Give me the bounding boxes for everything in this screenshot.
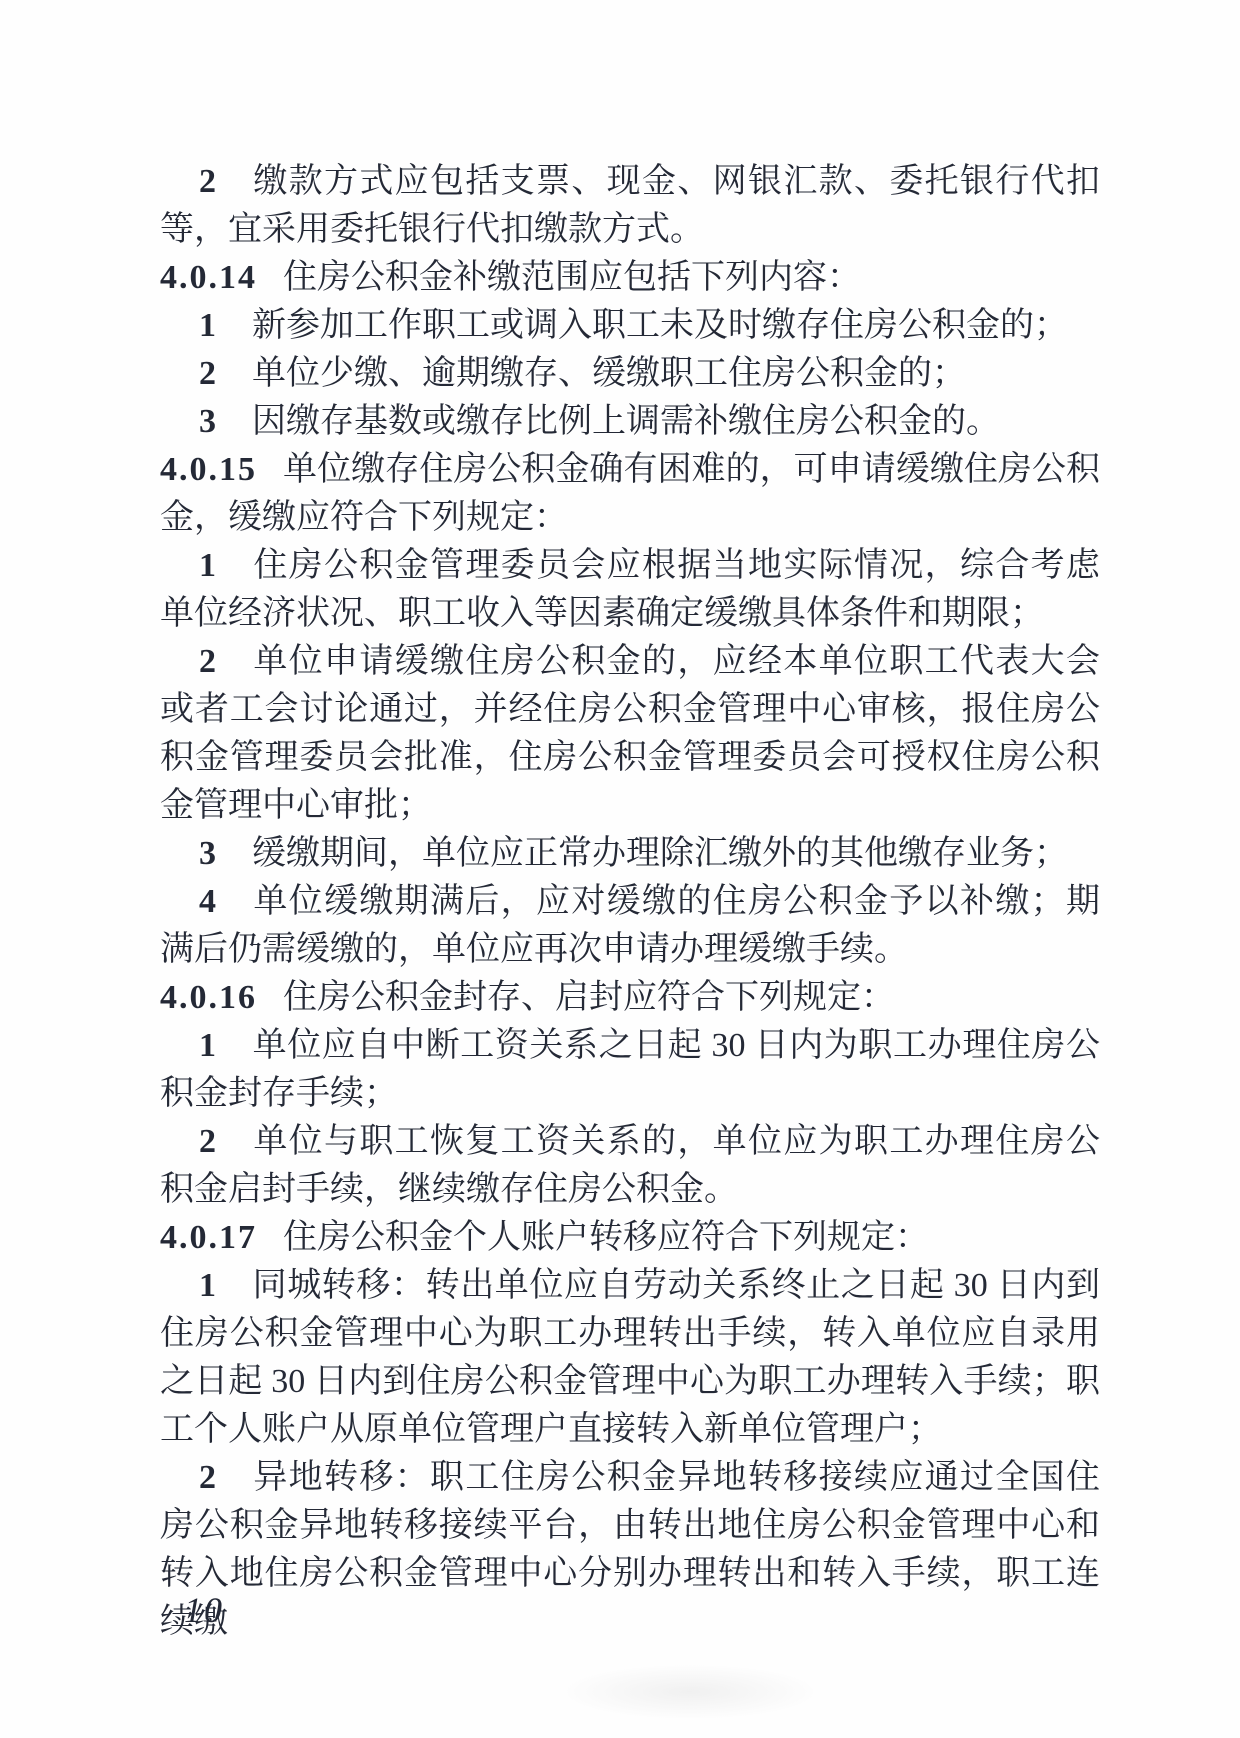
- item-number: 2: [199, 355, 216, 392]
- paragraph-text: 同城转移：转出单位应自劳动关系终止之日起 30 日内到住房公积金管理中心为职工办…: [160, 1267, 1100, 1448]
- paragraph-text: 住房公积金封存、启封应符合下列规定：: [283, 979, 895, 1016]
- clause-number: 4.0.14: [160, 259, 257, 296]
- item-number: 2: [199, 1123, 216, 1160]
- item-number: 3: [199, 835, 216, 872]
- item-number: 1: [199, 307, 216, 344]
- clause-number: 4.0.15: [160, 451, 257, 488]
- item-paragraph: 3因缴存基数或缴存比例上调需补缴住房公积金的。: [160, 398, 1100, 446]
- item-paragraph: 4单位缓缴期满后，应对缓缴的住房公积金予以补缴；期满后仍需缓缴的，单位应再次申请…: [160, 878, 1100, 974]
- item-paragraph: 1新参加工作职工或调入职工未及时缴存住房公积金的；: [160, 302, 1100, 350]
- page-body: 2缴款方式应包括支票、现金、网银汇款、委托银行代扣等，宜采用委托银行代扣缴款方式…: [160, 158, 1100, 1646]
- paragraph-text: 单位少缴、逾期缴存、缓缴职工住房公积金的；: [252, 355, 966, 392]
- paragraph-text: 因缴存基数或缴存比例上调需补缴住房公积金的。: [252, 403, 1000, 440]
- item-paragraph: 3缓缴期间，单位应正常办理除汇缴外的其他缴存业务；: [160, 830, 1100, 878]
- paragraph-text: 单位缓缴期满后，应对缓缴的住房公积金予以补缴；期满后仍需缓缴的，单位应再次申请办…: [160, 883, 1100, 968]
- item-number: 2: [199, 643, 216, 680]
- item-paragraph: 2单位与职工恢复工资关系的，单位应为职工办理住房公积金启封手续，继续缴存住房公积…: [160, 1118, 1100, 1214]
- clause-number: 4.0.17: [160, 1219, 257, 1256]
- item-number: 2: [199, 1459, 216, 1496]
- item-paragraph: 1单位应自中断工资关系之日起 30 日内为职工办理住房公积金封存手续；: [160, 1022, 1100, 1118]
- page-number: 10: [184, 1586, 224, 1634]
- item-number: 3: [199, 403, 216, 440]
- item-number: 4: [199, 883, 216, 920]
- item-number: 2: [199, 163, 216, 200]
- item-paragraph: 2缴款方式应包括支票、现金、网银汇款、委托银行代扣等，宜采用委托银行代扣缴款方式…: [160, 158, 1100, 254]
- paragraph-text: 异地转移：职工住房公积金异地转移接续应通过全国住房公积金异地转移接续平台，由转出…: [160, 1459, 1100, 1640]
- clause-paragraph: 4.0.15单位缴存住房公积金确有困难的，可申请缓缴住房公积金，缓缴应符合下列规…: [160, 446, 1100, 542]
- item-number: 1: [199, 1267, 216, 1304]
- item-paragraph: 2单位申请缓缴住房公积金的，应经本单位职工代表大会或者工会讨论通过，并经住房公积…: [160, 638, 1100, 830]
- item-paragraph: 1住房公积金管理委员会应根据当地实际情况，综合考虑单位经济状况、职工收入等因素确…: [160, 542, 1100, 638]
- document-page: 2缴款方式应包括支票、现金、网银汇款、委托银行代扣等，宜采用委托银行代扣缴款方式…: [0, 0, 1240, 1738]
- item-paragraph: 2单位少缴、逾期缴存、缓缴职工住房公积金的；: [160, 350, 1100, 398]
- paragraph-text: 住房公积金管理委员会应根据当地实际情况，综合考虑单位经济状况、职工收入等因素确定…: [160, 547, 1100, 632]
- paragraph-text: 单位申请缓缴住房公积金的，应经本单位职工代表大会或者工会讨论通过，并经住房公积金…: [160, 643, 1100, 824]
- clause-paragraph: 4.0.16住房公积金封存、启封应符合下列规定：: [160, 974, 1100, 1022]
- item-number: 1: [199, 547, 216, 584]
- item-number: 1: [199, 1027, 216, 1064]
- item-paragraph: 2异地转移：职工住房公积金异地转移接续应通过全国住房公积金异地转移接续平台，由转…: [160, 1454, 1100, 1646]
- paragraph-text: 住房公积金补缴范围应包括下列内容：: [283, 259, 861, 296]
- clause-number: 4.0.16: [160, 979, 257, 1016]
- paragraph-text: 单位应自中断工资关系之日起 30 日内为职工办理住房公积金封存手续；: [160, 1027, 1100, 1112]
- clause-paragraph: 4.0.17住房公积金个人账户转移应符合下列规定：: [160, 1214, 1100, 1262]
- paragraph-text: 缓缴期间，单位应正常办理除汇缴外的其他缴存业务；: [252, 835, 1068, 872]
- paragraph-text: 单位与职工恢复工资关系的，单位应为职工办理住房公积金启封手续，继续缴存住房公积金…: [160, 1123, 1100, 1208]
- item-paragraph: 1同城转移：转出单位应自劳动关系终止之日起 30 日内到住房公积金管理中心为职工…: [160, 1262, 1100, 1454]
- paragraph-text: 新参加工作职工或调入职工未及时缴存住房公积金的；: [252, 307, 1068, 344]
- paragraph-text: 住房公积金个人账户转移应符合下列规定：: [283, 1219, 929, 1256]
- scan-smudge-artifact: [560, 1664, 820, 1720]
- paragraph-text: 缴款方式应包括支票、现金、网银汇款、委托银行代扣等，宜采用委托银行代扣缴款方式。: [160, 163, 1100, 248]
- clause-paragraph: 4.0.14住房公积金补缴范围应包括下列内容：: [160, 254, 1100, 302]
- paragraph-text: 单位缴存住房公积金确有困难的，可申请缓缴住房公积金，缓缴应符合下列规定：: [160, 451, 1100, 536]
